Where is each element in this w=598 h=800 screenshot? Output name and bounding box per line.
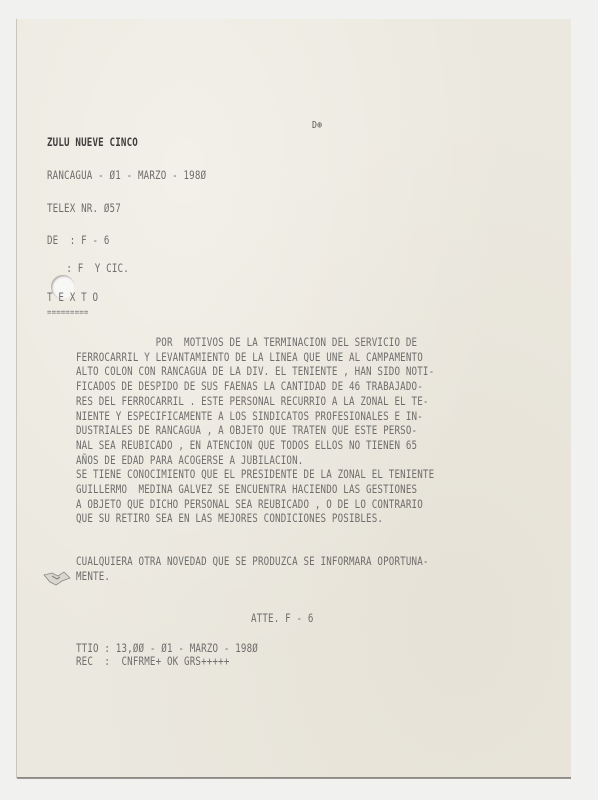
signature: ATTE. F - 6: [251, 613, 314, 624]
body-line: FICADOS DE DESPIDO DE SUS FAENAS LA CANT…: [76, 380, 434, 395]
body-line: NIENTE Y ESPECIFICAMENTE A LOS SINDICATO…: [76, 410, 434, 425]
text-heading-underline: =========: [47, 309, 88, 318]
footer-rec: REC : CNFRME+ OK GRS+++++: [76, 656, 230, 667]
to-line: : F Y CIC.: [55, 263, 129, 274]
place-date: RANCAGUA - Ø1 - MARZO - 198Ø: [47, 170, 206, 181]
body-line: SE TIENE CONOCIMIENTO QUE EL PRESIDENTE …: [76, 468, 434, 483]
body-line: DUSTRIALES DE RANCAGUA , A OBJETO QUE TR…: [76, 424, 434, 439]
telex-number: TELEX NR. Ø57: [47, 203, 121, 214]
corner-mark: D⊕: [312, 121, 322, 131]
closing-line: MENTE.: [76, 570, 429, 585]
message-closing: CUALQUIERA OTRA NOVEDAD QUE SE PRODUZCA …: [76, 555, 429, 584]
footer-ttio: TTIO : 13,ØØ - Ø1 - MARZO - 198Ø: [76, 643, 258, 654]
closing-line: CUALQUIERA OTRA NOVEDAD QUE SE PRODUZCA …: [76, 555, 429, 570]
body-line: GUILLERMO MEDINA GALVEZ SE ENCUENTRA HAC…: [76, 483, 434, 498]
body-line: QUE SU RETIRO SEA EN LAS MEJORES CONDICI…: [76, 512, 434, 527]
body-line: AÑOS DE EDAD PARA ACOGERSE A JUBILACION.: [76, 454, 434, 469]
body-line: ALTO COLON CON RANCAGUA DE LA DIV. EL TE…: [76, 365, 434, 380]
body-line: FERROCARRIL Y LEVANTAMIENTO DE LA LINEA …: [76, 351, 434, 366]
body-line: A OBJETO QUE DICHO PERSONAL SEA REUBICAD…: [76, 498, 434, 513]
from-line: DE : F - 6: [47, 235, 110, 246]
addressee: ZULU NUEVE CINCO: [47, 137, 138, 148]
body-line: POR MOTIVOS DE LA TERMINACION DEL SERVIC…: [76, 336, 434, 351]
message-body: POR MOTIVOS DE LA TERMINACION DEL SERVIC…: [76, 336, 434, 527]
paper-tear-mark: [42, 567, 72, 589]
text-heading: T E X T O: [47, 292, 98, 303]
body-line: NAL SEA REUBICADO , EN ATENCION QUE TODO…: [76, 439, 434, 454]
body-line: RES DEL FERROCARRIL . ESTE PERSONAL RECU…: [76, 395, 434, 410]
